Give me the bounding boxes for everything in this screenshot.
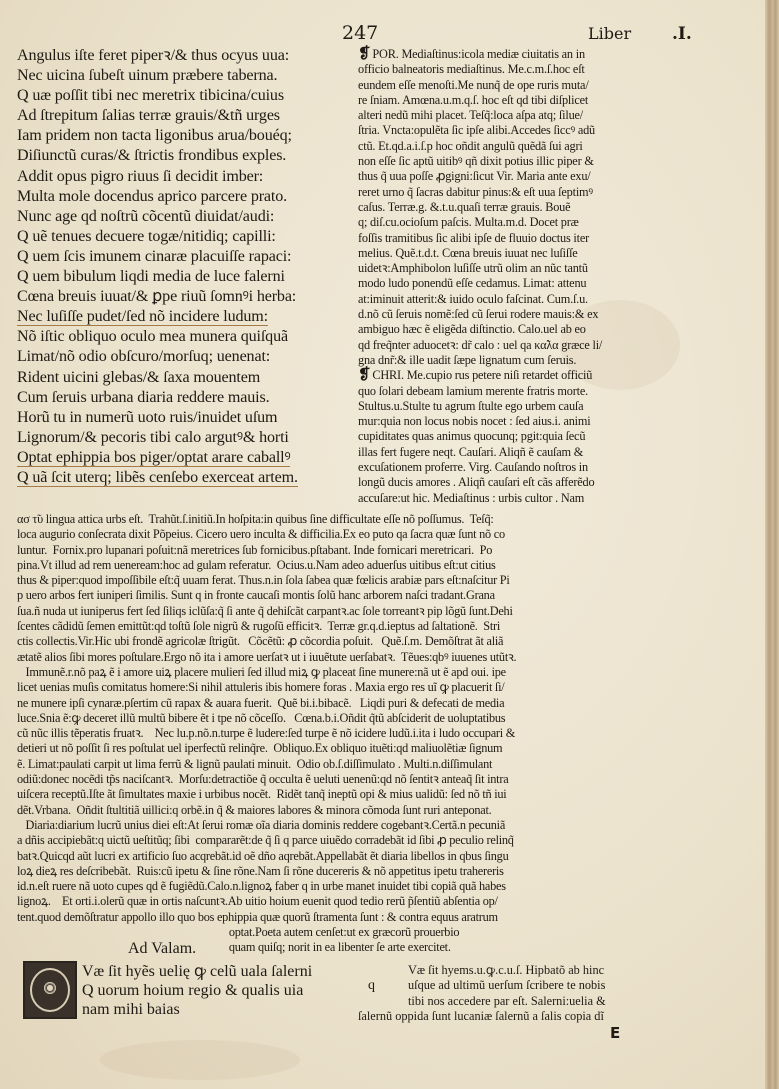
- commentary-line-text: d.nõ cũ ſeruis nomẽ:ſed cũ ſerui rodere …: [358, 307, 598, 321]
- verse-line-text: Lignorum/& pecoris tibi calo argutꝰ& hor…: [17, 429, 289, 446]
- commentary-line: officio balneatoris mediaſtinus. Me.c.m.…: [358, 62, 658, 77]
- commentary-line: odiũ:donec nocẽdi tp̃s naciſcantꝛ. Morſu…: [17, 772, 663, 787]
- verse-line: Limat/nõ odio obſcuro/morſuq; uenenat:: [17, 347, 347, 367]
- paragraph-mark-icon: ❡: [358, 367, 370, 383]
- verse-line: Multa mole docendus aprico parcere prato…: [17, 187, 347, 207]
- commentary-full-width: ασ τ̃υ lingua attica urbs eſt. Trahũt.ſ.…: [17, 512, 663, 956]
- commentary-line: uiſcera receptũ.Iſte ãt ſimultates maxie…: [17, 787, 663, 802]
- commentary-line-text: re ſniam. Amœna.u.m.q.ſ. hoc eſt qd tibi…: [358, 93, 588, 107]
- poem-line: nam mihi baias: [82, 1000, 312, 1019]
- commentary-line: ❡CHRI. Me.cupio rus petere niſi retardet…: [358, 368, 658, 383]
- verse-line-text: Ad ſtrepitum ſalias terræ grauis/&tñ urg…: [17, 107, 280, 124]
- commentary-line-text: CHRI. Me.cupio rus petere niſi retardet …: [372, 368, 592, 382]
- folio-number: 247: [342, 22, 378, 44]
- commentary-line-text: excuſationem proferre. Virg. Cauſando no…: [358, 460, 588, 474]
- commentary-line: foſſis tramitibus ſic alibi ipſe de fluu…: [358, 231, 658, 246]
- commentary-line: pina.Vt illud ad rem ueneream:hoc ad gul…: [17, 558, 663, 573]
- commentary-line: eundem eſſe menoſti.Me nunq̃ de ope ruri…: [358, 78, 658, 93]
- commentary-line: caſus. Terræ.g. &.t.u.quaſi terræ grauis…: [358, 200, 658, 215]
- commentary-line: at:iminuit atterit:& iuido oculo faſcina…: [358, 292, 658, 307]
- commentary-line-text: foſſis tramitibus ſic alibi ipſe de fluu…: [358, 231, 589, 245]
- book-number: .I.: [672, 24, 692, 44]
- book-page: 247 Liber .I. Angulus iſte feret piperꝛ/…: [0, 0, 779, 1089]
- verse-line-text: Nõ iſtic obliquo oculo mea munera quiſqu…: [17, 328, 288, 345]
- commentary-line-text: eundem eſſe menoſti.Me nunq̃ de ope ruri…: [358, 78, 589, 92]
- commentary-line-text: cupiditates quas animus quocunq; pgit:qu…: [358, 429, 585, 443]
- verse-line-text: Q uæ poſſit tibi nec meretrix tibicina/c…: [17, 87, 284, 104]
- commentary-line-text: qd freq̃nter aduocetꝛ: dr̃ calo : uel qa…: [358, 338, 602, 352]
- commentary-line: qd freq̃nter aduocetꝛ: dr̃ calo : uel qa…: [358, 338, 658, 353]
- gloss-line: uſque ad ultimũ uerſum ſcribere te nobis: [408, 978, 605, 992]
- commentary-line-text: caſus. Terræ.g. &.t.u.quaſi terræ grauis…: [358, 200, 570, 214]
- commentary-line: loca augurio conſecrata dixit Põpeius. C…: [17, 527, 663, 542]
- verse-line-text: Nunc age qd noſtrũ cõcentũ diuidat/audi:: [17, 208, 274, 225]
- verse-line: Optat ephippia bos piger/optat arare cab…: [17, 448, 347, 468]
- commentary-line: gna dnr̃:& ille uadit ſæpe lignatum cum …: [358, 353, 658, 368]
- verse-line-text: Limat/nõ odio obſcuro/morſuq; uenenat:: [17, 348, 270, 365]
- commentary-line: quo ſolari debeam lamium merente fratris…: [358, 384, 658, 399]
- commentary-line: Stultus.u.Stulte tu agrum ſtulte ego urb…: [358, 399, 658, 414]
- commentary-line: longũ ducis amores . Aliqñ cauſari eſt c…: [358, 475, 658, 490]
- commentary-line-text: ſtria. Vncta:opulẽta ſic ipſe alibi.Acce…: [358, 123, 595, 137]
- commentary-line-text: thus q̃ uua poſſe ꝓgigni:ſicut Vir. Mari…: [358, 169, 591, 183]
- verse-line: Rident uicini glebas/& ſaxa mouentem: [17, 368, 347, 388]
- commentary-line-text: accuſare:ut hic. Mediaſtinus : urbis cul…: [358, 491, 584, 505]
- commentary-line: luce.Snia ẽ:ꝙ deceret illũ multũ bibere …: [17, 711, 663, 726]
- commentary-line: d.nõ cũ ſeruis nomẽ:ſed cũ ſerui rodere …: [358, 307, 658, 322]
- verse-line: Q uem bibulum liqdi media de luce falern…: [17, 267, 347, 287]
- verse-line-text: Rident uicini glebas/& ſaxa mouentem: [17, 369, 260, 386]
- commentary-line: modo ludo ponendũ eſſe cedamus. Limat: a…: [358, 276, 658, 291]
- verse-line-text: Cum ſeruis urbana diaria reddere mauis.: [17, 389, 269, 406]
- verse-line: Q uem ſcis imunem cinaræ placuiſſe rapac…: [17, 247, 347, 267]
- verse-line-text: Q uem ſcis imunem cinaræ placuiſſe rapac…: [17, 248, 291, 265]
- verse-line: Q uẽ tenues decuere togæ/nitidiq; capill…: [17, 227, 347, 247]
- commentary-line-text: q; diſ.cu.ocioſum paſcis. Multa.m.d. Doc…: [358, 215, 579, 229]
- poem-gloss: Væ ſit hyems.u.ꝙ.c.u.ſ. Hipbatõ ab hinc …: [358, 963, 606, 1024]
- commentary-line: illas fert fugere neqt. Cauſari. Aliqñ ẽ…: [358, 445, 658, 460]
- commentary-line: accuſare:ut hic. Mediaſtinus : urbis cul…: [358, 491, 658, 506]
- verse-line: Angulus iſte feret piperꝛ/& thus ocyus u…: [17, 46, 347, 66]
- verse-line: Nõ iſtic obliquo oculo mea munera quiſqu…: [17, 327, 347, 347]
- commentary-line-text: longũ ducis amores . Aliqñ cauſari eſt c…: [358, 475, 594, 489]
- commentary-line-text: alteri nedũ mihi placet. Teſq̃:loca aſpa…: [358, 108, 583, 122]
- commentary-line-text: POR. Mediaſtinus:icola mediæ ciuitatis a…: [372, 47, 585, 61]
- verse-line-text: Cœna breuis iuuat/& ꝑpe riuũ ſomnꝰi herb…: [17, 288, 296, 305]
- verse-line: Q uã ſcit uterq; libẽs cenſebo exerceat …: [17, 468, 347, 488]
- commentary-line: ætatẽ alios ſibi mores poſtulare.Ergo nõ…: [17, 650, 663, 665]
- verse-line-text: Q uem bibulum liqdi media de luce falern…: [17, 268, 285, 285]
- commentary-line-text: quo ſolari debeam lamium merente fratris…: [358, 384, 588, 398]
- commentary-line: melius. Quẽ.t.d.t. Cœna breuis iuuat nec…: [358, 246, 658, 261]
- verse-line-text: Multa mole docendus aprico parcere prato…: [17, 188, 287, 205]
- commentary-line: quam quiſq; norit in ea libenter ſe arte…: [17, 940, 663, 955]
- commentary-line: cupiditates quas animus quocunq; pgit:qu…: [358, 429, 658, 444]
- rose-ornament-icon: [43, 981, 57, 995]
- commentary-line-text: reret urno q̃ ſacras dabitur pinus:& eſt…: [358, 185, 593, 199]
- commentary-line: Immunẽ.r.nõ paꝝ ẽ i amore uiꝝ placere mu…: [17, 665, 663, 680]
- commentary-line: ne munere ipſi cynaræ.pſertim cũ rapax &…: [17, 696, 663, 711]
- commentary-line-text: ambiguo hæc ẽ eligẽda diſtinctio. Calo.u…: [358, 322, 586, 336]
- commentary-line: luntur. Fornix.pro lupanari poſuit:nã me…: [17, 543, 663, 558]
- commentary-line: ctũ. Et.qd.a.i.ſ.p hoc oñdit angulũ quẽd…: [358, 139, 658, 154]
- commentary-line-text: illas fert fugere neqt. Cauſari. Aliqñ ẽ…: [358, 445, 583, 459]
- commentary-line: licet uenias muſis comitatus homere:Si n…: [17, 680, 663, 695]
- commentary-line: reret urno q̃ ſacras dabitur pinus:& eſt…: [358, 185, 658, 200]
- verse-line: Cum ſeruis urbana diaria reddere mauis.: [17, 388, 347, 408]
- commentary-line: id.n.eſt ruere nã uoto cupes qd ẽ fugiẽd…: [17, 879, 663, 894]
- commentary-line-text: Stultus.u.Stulte tu agrum ſtulte ego urb…: [358, 399, 583, 413]
- commentary-line: re ſniam. Amœna.u.m.q.ſ. hoc eſt qd tibi…: [358, 93, 658, 108]
- commentary-line-text: mur:quia non locus nobis nocet : ſed aiu…: [358, 414, 591, 428]
- book-gutter-edge: [765, 0, 779, 1089]
- gloss-line: tibi nos accedere par eſt. Salerni:uelia…: [358, 994, 606, 1009]
- commentary-line: ambiguo hæc ẽ eligẽda diſtinctio. Calo.u…: [358, 322, 658, 337]
- verse-line: Nec uicina ſubeſt uinum præbere taberna.: [17, 66, 347, 86]
- commentary-line: cũ nũc illis tẽperatis fruatꝛ. Nec lu.p.…: [17, 726, 663, 741]
- commentary-line: batꝛ.Quicqd aũt lucri ex artificio ſuo a…: [17, 849, 663, 864]
- commentary-line: ασ τ̃υ lingua attica urbs eſt. Trahũt.ſ.…: [17, 512, 663, 527]
- poem-line: Q uorum hoium regio & qualis uia: [82, 981, 312, 1000]
- verse-line-text: Q uẽ tenues decuere togæ/nitidiq; capill…: [17, 228, 276, 245]
- gloss-marker: q: [358, 978, 408, 993]
- commentary-line: ❡POR. Mediaſtinus:icola mediæ ciuitatis …: [358, 47, 658, 62]
- verse-line: Nunc age qd noſtrũ cõcentũ diuidat/audi:: [17, 207, 347, 227]
- verse-line-text: Angulus iſte feret piperꝛ/& thus ocyus u…: [17, 47, 289, 64]
- commentary-line: ctis collectis.Vir.Hic ubi frondẽ agrico…: [17, 634, 663, 649]
- gloss-line: ſalernũ oppida ſunt lucaniæ ſalernũ a ſa…: [358, 1009, 606, 1024]
- verse-line: Addit opus pigro riuus ſi decidit imber:: [17, 167, 347, 187]
- commentary-line-text: at:iminuit atterit:& iuido oculo faſcina…: [358, 292, 588, 306]
- commentary-line: alteri nedũ mihi placet. Teſq̃:loca aſpa…: [358, 108, 658, 123]
- commentary-line: Diaria:diarium lucrũ unius diei eſt:At ſ…: [17, 818, 663, 833]
- verse-line: Ad ſtrepitum ſalias terræ grauis/&tñ urg…: [17, 106, 347, 126]
- commentary-line-text: non eſſe ſic aptũ uitibꝰ qñ dixit potius…: [358, 154, 594, 168]
- verse-line: Horũ tu in numerũ uoto ruis/inuidet uſum: [17, 408, 347, 428]
- verse-line-text: Nec uicina ſubeſt uinum præbere taberna.: [17, 67, 277, 84]
- verse-line: Cœna breuis iuuat/& ꝑpe riuũ ſomnꝰi herb…: [17, 287, 347, 307]
- woodcut-initial-q: [23, 961, 77, 1019]
- commentary-line: thus & piper:quod impoſſibile eſt:q̃ uua…: [17, 573, 663, 588]
- commentary-line: excuſationem proferre. Virg. Cauſando no…: [358, 460, 658, 475]
- commentary-line: uidetꝛ:Amphibolon luſiſſe utrũ olim an n…: [358, 261, 658, 276]
- commentary-line: non eſſe ſic aptũ uitibꝰ qñ dixit potius…: [358, 154, 658, 169]
- signature-mark: E: [610, 1024, 620, 1042]
- verse-line: Iam pridem non tacta ligonibus arua/boué…: [17, 126, 347, 146]
- commentary-line: mur:quia non locus nobis nocet : ſed aiu…: [358, 414, 658, 429]
- commentary-line: thus q̃ uua poſſe ꝓgigni:ſicut Vir. Mari…: [358, 169, 658, 184]
- commentary-line: dẽt.Vrbana. Oñdit ſtultitiã uillici:q or…: [17, 803, 663, 818]
- commentary-line: loꝝ dieꝝ res deſcribebãt. Ruis:cũ ipetu …: [17, 864, 663, 879]
- verse-line-text: Nec luſiſſe pudet/ſed nõ incidere ludum:: [17, 308, 268, 326]
- paragraph-mark-icon: ❡: [358, 46, 370, 62]
- paper-stain: [100, 1040, 300, 1080]
- verse-line: Q uæ poſſit tibi nec meretrix tibicina/c…: [17, 86, 347, 106]
- poem-title: Ad Valam.: [128, 940, 196, 958]
- poem-verse: Væ ſit hyẽs uelię ꝙ celũ uala ſalerni Q …: [82, 962, 312, 1019]
- commentary-line: lignoꝝ. Et orti.i.olerũ quæ in ortis naſ…: [17, 894, 663, 909]
- poem-line: Væ ſit hyẽs uelię ꝙ celũ uala ſalerni: [82, 962, 312, 981]
- commentary-line: ſua.ñ nuda ut iuniperus fert ſed ſiliqs …: [17, 604, 663, 619]
- verse-column: Angulus iſte feret piperꝛ/& thus ocyus u…: [17, 46, 347, 488]
- gloss-line-with-marker: quſque ad ultimũ uerſum ſcribere te nobi…: [358, 978, 606, 993]
- commentary-line: optat.Poeta autem cenſet:ut ex græcorũ p…: [17, 925, 663, 940]
- commentary-line-text: uidetꝛ:Amphibolon luſiſſe utrũ olim an n…: [358, 261, 588, 275]
- commentary-line-text: modo ludo ponendũ eſſe cedamus. Limat: a…: [358, 276, 586, 290]
- verse-line-text: Diſiunctũ curas/& ſtrictis frondibus exp…: [17, 147, 286, 164]
- verse-line: Nec luſiſſe pudet/ſed nõ incidere ludum:: [17, 307, 347, 327]
- verse-line-text: Horũ tu in numerũ uoto ruis/inuidet uſum: [17, 409, 277, 426]
- verse-line: Lignorum/& pecoris tibi calo argutꝰ& hor…: [17, 428, 347, 448]
- verse-line-text: Q uã ſcit uterq; libẽs cenſebo exerceat …: [17, 469, 298, 487]
- commentary-line: detieri ut nõ poſſit ſi res poſtulat uel…: [17, 741, 663, 756]
- commentary-line: q; diſ.cu.ocioſum paſcis. Multa.m.d. Doc…: [358, 215, 658, 230]
- commentary-line: ſcentes cãdidũ ſemen emittũt:qd toſtũ ſo…: [17, 619, 663, 634]
- gloss-line: Væ ſit hyems.u.ꝙ.c.u.ſ. Hipbatõ ab hinc: [358, 963, 606, 978]
- commentary-line-text: ctũ. Et.qd.a.i.ſ.p hoc oñdit angulũ quẽd…: [358, 139, 583, 153]
- verse-line-text: Optat ephippia bos piger/optat arare cab…: [17, 449, 290, 467]
- running-title: Liber: [588, 24, 631, 43]
- commentary-line: a dñis accipiebãt:q uictũ ueſtitũq; ſibi…: [17, 833, 663, 848]
- commentary-line: ẽ. Limat:paulati carpit ut lima ferrũ & …: [17, 757, 663, 772]
- commentary-line: tent.quod demõſtratur appollo illo quo b…: [17, 910, 663, 925]
- commentary-line-text: gna dnr̃:& ille uadit ſæpe lignatum cum …: [358, 353, 576, 367]
- commentary-line: ſtria. Vncta:opulẽta ſic ipſe alibi.Acce…: [358, 123, 658, 138]
- commentary-line: p uero arbos fert iuniperi ſimilis. Sunt…: [17, 588, 663, 603]
- commentary-line-text: melius. Quẽ.t.d.t. Cœna breuis iuuat nec…: [358, 246, 578, 260]
- verse-line: Diſiunctũ curas/& ſtrictis frondibus exp…: [17, 146, 347, 166]
- verse-line-text: Iam pridem non tacta ligonibus arua/boué…: [17, 127, 292, 144]
- verse-line-text: Addit opus pigro riuus ſi decidit imber:: [17, 168, 263, 185]
- commentary-line-text: officio balneatoris mediaſtinus. Me.c.m.…: [358, 62, 585, 76]
- commentary-right-column: ❡POR. Mediaſtinus:icola mediæ ciuitatis …: [358, 47, 658, 506]
